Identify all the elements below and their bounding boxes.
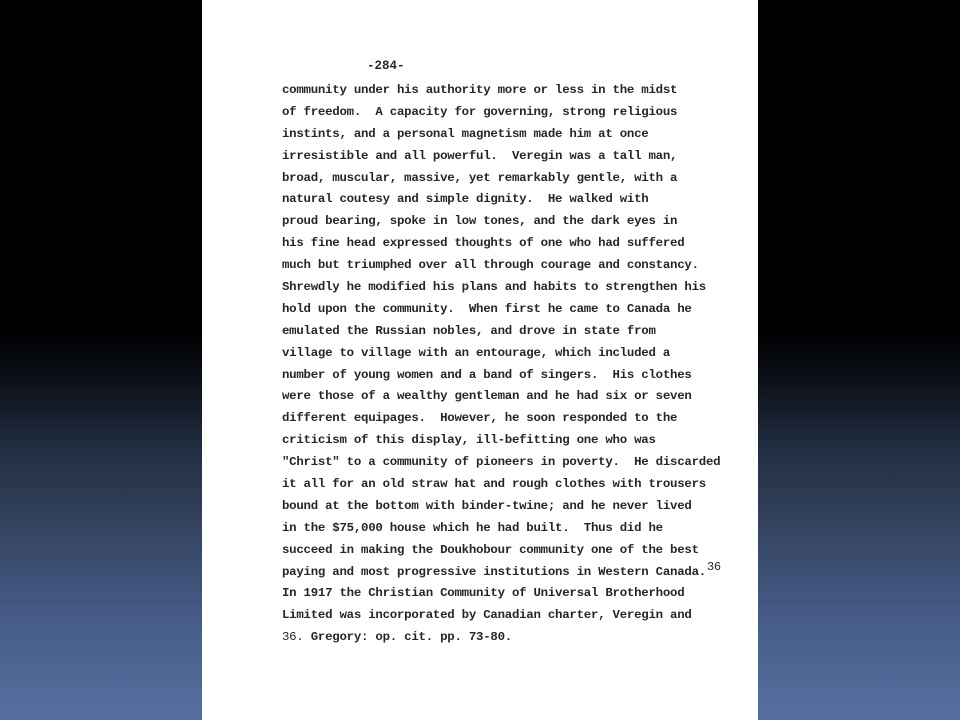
text-line: irresistible and all powerful. Veregin w… — [282, 146, 721, 168]
text-line: in the $75,000 house which he had built.… — [282, 518, 721, 540]
text-line: his fine head expressed thoughts of one … — [282, 233, 721, 255]
text-line: different equipages. However, he soon re… — [282, 408, 721, 430]
footnote-text: Gregory: op. cit. pp. 73-80. — [304, 630, 512, 644]
text-line: bound at the bottom with binder-twine; a… — [282, 496, 721, 518]
footnote: 36. Gregory: op. cit. pp. 73-80. — [282, 626, 512, 648]
text-line: criticism of this display, ill-befitting… — [282, 430, 721, 452]
text-line: Limited was incorporated by Canadian cha… — [282, 605, 721, 627]
text-line: Shrewdly he modified his plans and habit… — [282, 277, 721, 299]
text-line: paying and most progressive institutions… — [282, 565, 706, 579]
footnote-reference: 36 — [707, 560, 721, 574]
text-line: natural coutesy and simple dignity. He w… — [282, 189, 721, 211]
text-line: community under his authority more or le… — [282, 80, 721, 102]
body-text: community under his authority more or le… — [282, 80, 721, 627]
text-line: village to village with an entourage, wh… — [282, 343, 721, 365]
text-line: hold upon the community. When first he c… — [282, 299, 721, 321]
text-line-with-footnote-ref: paying and most progressive institutions… — [282, 562, 721, 584]
text-line: much but triumphed over all through cour… — [282, 255, 721, 277]
text-line: it all for an old straw hat and rough cl… — [282, 474, 721, 496]
footnote-number: 36. — [282, 630, 304, 644]
text-line: "Christ" to a community of pioneers in p… — [282, 452, 721, 474]
text-line: emulated the Russian nobles, and drove i… — [282, 321, 721, 343]
text-line: of freedom. A capacity for governing, st… — [282, 102, 721, 124]
text-line: were those of a wealthy gentleman and he… — [282, 386, 721, 408]
page-number: -284- — [367, 59, 405, 73]
text-line: number of young women and a band of sing… — [282, 365, 721, 387]
text-line: succeed in making the Doukhobour communi… — [282, 540, 721, 562]
text-line: instints, and a personal magnetism made … — [282, 124, 721, 146]
text-line: In 1917 the Christian Community of Unive… — [282, 583, 721, 605]
text-line: proud bearing, spoke in low tones, and t… — [282, 211, 721, 233]
text-line: broad, muscular, massive, yet remarkably… — [282, 168, 721, 190]
